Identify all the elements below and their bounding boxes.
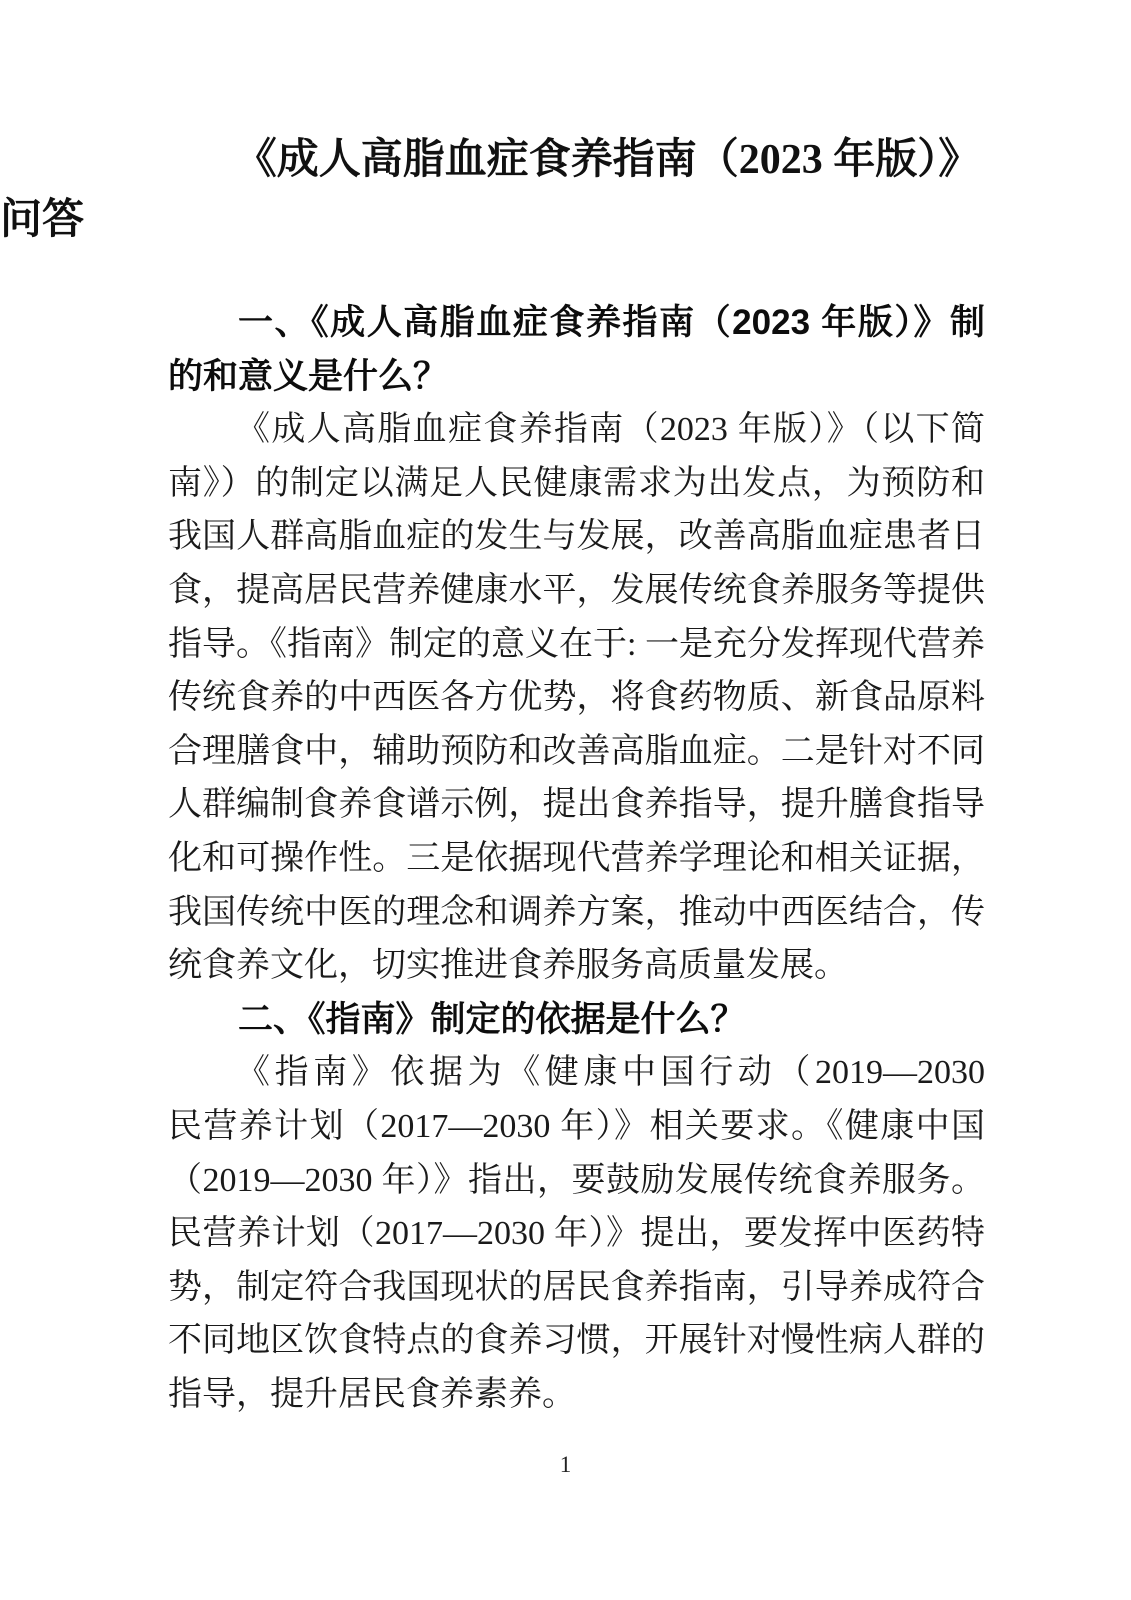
paragraph-line: 我国传统中医的理念和调养方案，推动中西医结合，传承传	[168, 886, 985, 940]
paragraph-line: （2019—2030 年）》指出，要鼓励发展传统食养服务。《国	[168, 1154, 985, 1208]
section-2-paragraph: 《指南》依据为《健康中国行动（2019—2030 年）》《国民营养计划（2017…	[168, 1046, 985, 1421]
paragraph-line: 势，制定符合我国现状的居民食养指南，引导养成符合我国	[168, 1261, 985, 1315]
document-page: 《成人高脂血症食养指南（2023 年版）》问答 一、《成人高脂血症食养指南（20…	[0, 0, 1131, 1600]
paragraph-line: 南》）的制定以满足人民健康需求为出发点，为预防和控制	[168, 457, 985, 511]
section-1-paragraph: 《成人高脂血症食养指南（2023 年版）》（以下简称《指南》）的制定以满足人民健…	[168, 403, 985, 993]
document-body: 一、《成人高脂血症食养指南（2023 年版）》制定的目的和意义是什么？ 《成人高…	[168, 296, 985, 1421]
paragraph-line: 化和可操作性。三是依据现代营养学理论和相关证据，以及	[168, 832, 985, 886]
document-title-line: 问答	[0, 190, 1131, 250]
paragraph-line: 《成人高脂血症食养指南（2023 年版）》（以下简称《指	[168, 403, 985, 457]
paragraph-line: 指导。《指南》制定的意义在于: 一是充分发挥现代营养学、	[168, 618, 985, 672]
paragraph-line: 我国人群高脂血症的发生与发展，改善高脂血症患者日常膳	[168, 510, 985, 564]
paragraph-line: 人群编制食养食谱示例，提出食养指导，提升膳食指导个性	[168, 778, 985, 832]
section-1-heading: 一、《成人高脂血症食养指南（2023 年版）》制定的目的和意义是什么？	[168, 296, 985, 403]
paragraph-line: 传统食养的中西医各方优势，将食药物质、新食品原料融入	[168, 671, 985, 725]
section-heading-line: 二、《指南》制定的依据是什么？	[168, 993, 985, 1047]
paragraph-line: 统食养文化，切实推进食养服务高质量发展。	[168, 939, 985, 993]
paragraph-line: 食，提高居民营养健康水平，发展传统食养服务等提供科学	[168, 564, 985, 618]
section-heading-line: 一、《成人高脂血症食养指南（2023 年版）》制定的目	[168, 296, 985, 350]
paragraph-line: 民营养计划（2017—2030 年）》提出，要发挥中医药特色优	[168, 1207, 985, 1261]
page-number: 1	[0, 1450, 1131, 1480]
section-heading-line: 的和意义是什么？	[168, 350, 985, 404]
document-title: 《成人高脂血症食养指南（2023 年版）》问答	[0, 130, 1131, 250]
paragraph-line: 合理膳食中，辅助预防和改善高脂血症。二是针对不同证型	[168, 725, 985, 779]
paragraph-line: 不同地区饮食特点的食养习惯，开展针对慢性病人群的食养	[168, 1314, 985, 1368]
document-title-line: 《成人高脂血症食养指南（2023 年版）》	[0, 130, 1131, 190]
paragraph-line: 民营养计划（2017—2030 年）》相关要求。《健康中国行动	[168, 1100, 985, 1154]
section-2-heading: 二、《指南》制定的依据是什么？	[168, 993, 985, 1047]
paragraph-line: 指导，提升居民食养素养。	[168, 1368, 985, 1422]
paragraph-line: 《指南》依据为《健康中国行动（2019—2030 年）》《国	[168, 1046, 985, 1100]
